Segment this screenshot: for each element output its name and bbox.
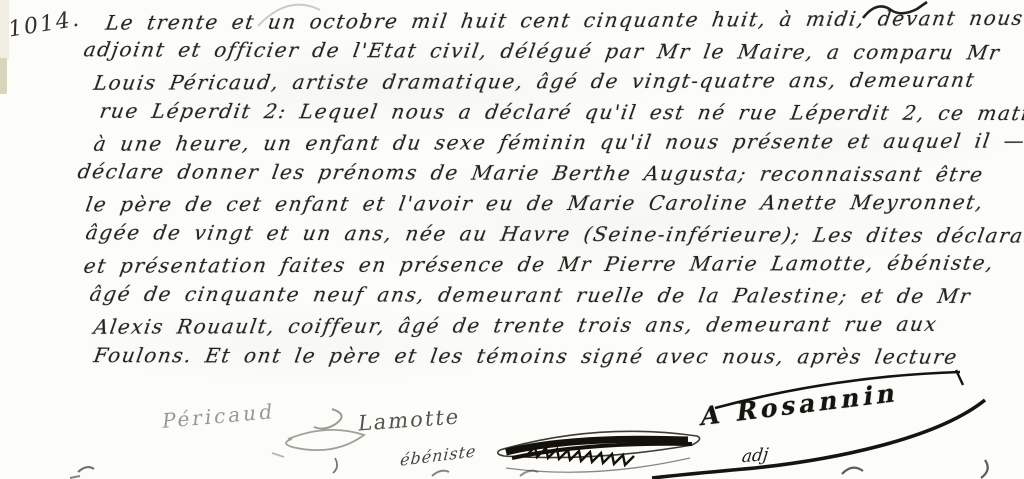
record-line: et présentation faites en présence de Mr… xyxy=(84,250,1024,284)
record-line-text: Le trente et un octobre mil huit cent ci… xyxy=(104,6,1024,35)
record-line: âgée de vingt et un ans, née au Havre (S… xyxy=(86,220,1024,254)
record-text: Le trente et un octobre mil huit cent ci… xyxy=(0,8,1024,374)
signature-pericaud: Péricaud xyxy=(161,399,277,433)
record-line: Louis Péricaud, artiste dramatique, âgé … xyxy=(94,67,1024,101)
record-line: Alexis Rouault, coiffeur, âgé de trente … xyxy=(94,311,1024,345)
record-line: Le trente et un octobre mil huit cent ci… xyxy=(106,5,1024,41)
record-line: adjoint et officier de l'Etat civil, dél… xyxy=(84,37,1024,71)
record-line: rue Léperdit 2: Lequel nous a déclaré qu… xyxy=(100,98,1024,131)
scanned-document-page: 1014. Le trente et un octobre mil huit c… xyxy=(0,0,1024,479)
record-line-text: âgée de vingt et un ans, née au Havre (S… xyxy=(84,220,1024,247)
record-line-text: rue Léperdit 2: Lequel nous a déclaré qu… xyxy=(98,98,1024,124)
record-line-text: déclare donner les prénoms de Marie Bert… xyxy=(76,159,986,186)
record-line-text: à une heure, un enfant du sexe féminin q… xyxy=(92,128,1024,155)
record-line-text: adjoint et officier de l'Etat civil, dél… xyxy=(82,37,1002,64)
record-line-text: Alexis Rouault, coiffeur, âgé de trente … xyxy=(92,312,939,339)
record-line: à une heure, un enfant du sexe féminin q… xyxy=(94,128,1024,162)
adjoint-overline xyxy=(715,372,960,408)
record-line: déclare donner les prénoms de Marie Bert… xyxy=(78,159,1024,193)
record-line: le père de cet enfant et l'avoir eu de M… xyxy=(86,190,1024,223)
record-line-text: âgé de cinquante neuf ans, demeurant rue… xyxy=(88,281,973,307)
record-line-text: Louis Péricaud, artiste dramatique, âgé … xyxy=(92,68,977,95)
record-line-text: le père de cet enfant et l'avoir eu de M… xyxy=(84,190,986,216)
record-line: âgé de cinquante neuf ans, demeurant rue… xyxy=(90,281,1024,314)
record-line-text: et présentation faites en présence de Mr… xyxy=(82,251,996,278)
cutoff-strokes-bottom xyxy=(0,452,1024,479)
